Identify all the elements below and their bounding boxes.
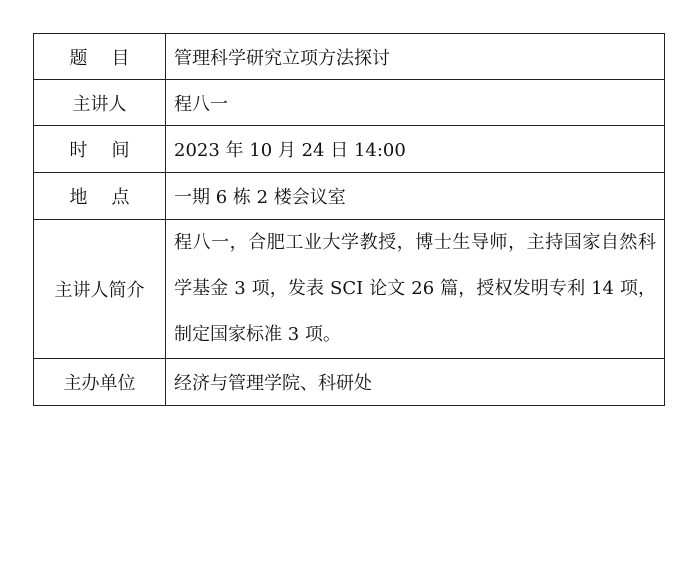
value-speaker: 程八一 [166,80,665,126]
label-location: 地点 [34,173,166,220]
label-organizer: 主办单位 [34,359,166,406]
table-row-time: 时间 2023 年 10 月 24 日 14:00 [34,126,665,173]
table-row-organizer: 主办单位 经济与管理学院、科研处 [34,359,665,406]
value-time: 2023 年 10 月 24 日 14:00 [166,126,665,173]
value-location: 一期 6 栋 2 楼会议室 [166,173,665,220]
value-topic: 管理科学研究立项方法探讨 [166,34,665,80]
label-text: 题目 [70,48,154,69]
label-text: 时间 [70,140,154,161]
table-row-speaker: 主讲人 程八一 [34,80,665,126]
lecture-info-table: 题目 管理科学研究立项方法探讨 主讲人 程八一 时间 2023 年 10 月 2… [33,33,665,406]
label-topic: 题目 [34,34,166,80]
table-row-speaker-bio: 主讲人简介 程八一，合肥工业大学教授，博士生导师，主持国家自然科学基金 3 项，… [34,220,665,359]
table-row-location: 地点 一期 6 栋 2 楼会议室 [34,173,665,220]
value-organizer: 经济与管理学院、科研处 [166,359,665,406]
label-speaker-bio: 主讲人简介 [34,220,166,359]
value-speaker-bio: 程八一，合肥工业大学教授，博士生导师，主持国家自然科学基金 3 项，发表 SCI… [166,220,665,359]
label-text: 地点 [70,187,154,208]
label-speaker: 主讲人 [34,80,166,126]
label-time: 时间 [34,126,166,173]
table-row-topic: 题目 管理科学研究立项方法探讨 [34,34,665,80]
